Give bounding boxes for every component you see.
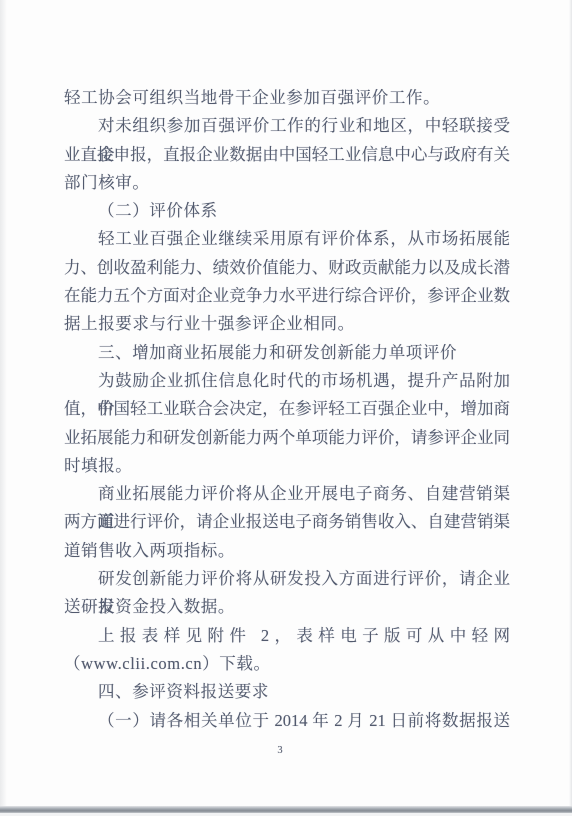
- scanner-bottom-strip: [0, 806, 572, 813]
- text-line: 部门核审。: [64, 169, 510, 197]
- text-line: 两方面进行评价，请企业报送电子商务销售收入、自建营销渠: [64, 508, 510, 536]
- text-line: 时填报。: [64, 452, 510, 480]
- text-line: 业直接申报，直报企业数据由中国轻工业信息中心与政府有关: [64, 141, 510, 169]
- text-line: 值，中国轻工业联合会决定，在参评轻工百强企业中，增加商: [64, 395, 510, 423]
- text-line: 上报表样见附件 2，表样电子版可从中轻网: [64, 622, 510, 650]
- scan-left-edge-shading: [0, 0, 7, 816]
- text-line: 轻工业百强企业继续采用原有评价体系，从市场拓展能: [64, 225, 510, 253]
- text-line: 送研发资金投入数据。: [64, 593, 510, 621]
- text-line: 力、创收盈利能力、绩效价值能力、财政贡献能力以及成长潜: [64, 254, 510, 282]
- text-line: 四、参评资料报送要求: [64, 678, 510, 706]
- text-line: 研发创新能力评价将从研发投入方面进行评价，请企业报: [64, 565, 510, 593]
- text-line: 道销售收入两项指标。: [64, 537, 510, 565]
- text-line: 轻工协会可组织当地骨干企业参加百强评价工作。: [64, 84, 510, 112]
- page-number: 3: [64, 744, 496, 758]
- text-line: 在能力五个方面对企业竞争力水平进行综合评价，参评企业数: [64, 282, 510, 310]
- text-line: 对未组织参加百强评价工作的行业和地区，中轻联接受企: [64, 112, 510, 140]
- text-line: 三、增加商业拓展能力和研发创新能力单项评价: [64, 339, 510, 367]
- text-line: 商业拓展能力评价将从企业开展电子商务、自建营销渠道: [64, 480, 510, 508]
- text-line: 业拓展能力和研发创新能力两个单项能力评价，请参评企业同: [64, 424, 510, 452]
- text-line: （www.clii.com.cn）下载。: [64, 650, 510, 678]
- scanned-document-page: 轻工协会可组织当地骨干企业参加百强评价工作。对未组织参加百强评价工作的行业和地区…: [0, 0, 572, 816]
- text-line: （一）请各相关单位于 2014 年 2 月 21 日前将数据报送: [64, 707, 510, 735]
- text-line: 为鼓励企业抓住信息化时代的市场机遇，提升产品附加价: [64, 367, 510, 395]
- text-line: （二）评价体系: [64, 197, 510, 225]
- text-line: 据上报要求与行业十强参评企业相同。: [64, 310, 510, 338]
- document-body-text: 轻工协会可组织当地骨干企业参加百强评价工作。对未组织参加百强评价工作的行业和地区…: [64, 84, 510, 735]
